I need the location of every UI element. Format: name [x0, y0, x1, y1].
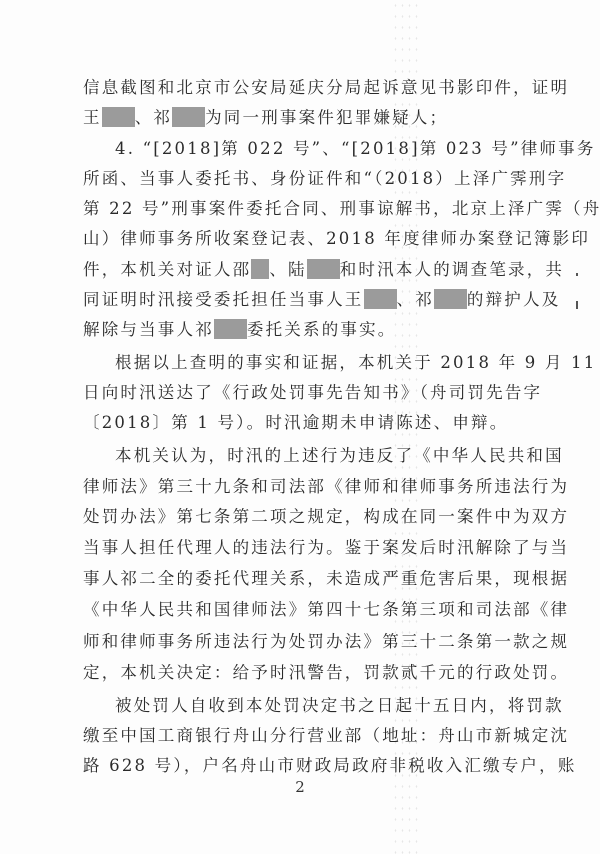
text-segment: 山）律师事务所收案登记表、2018 年度律师办案登记簿影印 [83, 229, 590, 248]
text-line: 师和律师事务所违法行为处罚办法》第三十二条第一款之规 [83, 630, 519, 654]
redaction-box [102, 107, 135, 127]
text-line: 定，本机关决定：给予时汛警告，罚款贰千元的行政处罚。 [83, 661, 519, 685]
text-line: 4. “[2018]第 022 号”、“[2018]第 023 号”律师事务 [115, 137, 519, 161]
text-line: 缴至中国工商银行舟山分行营业部（地址：舟山市新城定沈 [83, 724, 519, 748]
text-line: 路 628 号），户名舟山市财政局政府非税收入汇缴专户，账 [83, 754, 519, 778]
text-segment: 、祁 [135, 108, 172, 127]
text-segment: 事人祁二全的委托代理关系，未造成严重危害后果，现根据 [83, 569, 569, 588]
redaction-box [251, 259, 269, 279]
text-line: 处罚办法》第七条第二项之规定，构成在同一案件中为双方 [83, 505, 519, 529]
text-line: 王、祁为同一刑事案件犯罪嫌疑人； [83, 106, 519, 130]
text-segment: 和时汛本人的调查笔录，共 [340, 260, 564, 279]
text-segment: 为同一刑事案件犯罪嫌疑人； [205, 108, 448, 127]
text-segment: 被处罚人自收到本处罚决定书之日起十五日内，将罚款 [115, 696, 564, 715]
text-line: 《中华人民共和国律师法》第四十七条第三项和司法部《律 [83, 598, 519, 622]
text-segment: 缴至中国工商银行舟山分行营业部（地址：舟山市新城定沈 [83, 726, 569, 745]
text-segment: 律师法》第三十九条和司法部《律师和律师事务所违法行为 [83, 477, 569, 496]
text-segment: 解除与当事人祁 [83, 320, 214, 339]
text-segment: 件，本机关对证人邵 [83, 260, 251, 279]
text-segment: 日向时汛送达了《行政处罚事先告知书》（舟司罚先告字 [83, 383, 542, 402]
scan-mark [576, 273, 578, 276]
text-line: 山）律师事务所收案登记表、2018 年度律师办案登记簿影印 [83, 227, 519, 251]
text-segment: 所函、当事人委托书、身份证件和“（2018）上泽广霁刑字 [83, 169, 566, 188]
text-line: 同证明时汛接受委托担任当事人王、祁的辩护人及 [83, 288, 519, 312]
document-page: 信息截图和北京市公安局延庆分局起诉意见书影印件，证明王、祁为同一刑事案件犯罪嫌疑… [0, 0, 600, 854]
text-segment: 路 628 号），户名舟山市财政局政府非税收入汇缴专户，账 [83, 756, 577, 775]
scan-mark [576, 301, 578, 309]
redaction-box [172, 107, 205, 127]
text-segment: 〔2018〕第 1 号）。时汛逾期未申请陈述、申辩。 [83, 413, 508, 432]
text-line: 事人祁二全的委托代理关系，未造成严重危害后果，现根据 [83, 567, 519, 591]
text-segment: 师和律师事务所违法行为处罚办法》第三十二条第一款之规 [83, 632, 569, 651]
text-line: 律师法》第三十九条和司法部《律师和律师事务所违法行为 [83, 475, 519, 499]
text-line: 根据以上查明的事实和证据，本机关于 2018 年 9 月 11 [115, 351, 519, 375]
text-line: 解除与当事人祁委托关系的事实。 [83, 318, 519, 342]
text-line: 本机关认为，时汛的上述行为违反了《中华人民共和国 [115, 444, 519, 468]
redaction-box [364, 289, 397, 309]
text-line: 当事人担任代理人的违法行为。鉴于案发后时汛解除了与当 [83, 536, 519, 560]
text-line: 第 22 号”刑事案件委托合同、刑事谅解书，北京上泽广霁（舟 [83, 197, 519, 221]
text-line: 件，本机关对证人邵、陆和时汛本人的调查笔录，共 [83, 258, 519, 282]
text-line: 日向时汛送达了《行政处罚事先告知书》（舟司罚先告字 [83, 381, 519, 405]
text-segment: 定，本机关决定：给予时汛警告，罚款贰千元的行政处罚。 [83, 663, 569, 682]
text-segment: 王 [83, 108, 102, 127]
text-segment: 《中华人民共和国律师法》第四十七条第三项和司法部《律 [83, 600, 569, 619]
redaction-box [307, 259, 340, 279]
text-line: 所函、当事人委托书、身份证件和“（2018）上泽广霁刑字 [83, 167, 519, 191]
text-segment: 、陆 [269, 260, 306, 279]
redaction-box [434, 289, 467, 309]
text-line: 信息截图和北京市公安局延庆分局起诉意见书影印件，证明 [83, 76, 519, 100]
text-segment: 、祁 [397, 290, 434, 309]
text-line: 〔2018〕第 1 号）。时汛逾期未申请陈述、申辩。 [83, 411, 519, 435]
page-number: 2 [0, 778, 600, 796]
text-segment: 当事人担任代理人的违法行为。鉴于案发后时汛解除了与当 [83, 538, 569, 557]
text-line: 被处罚人自收到本处罚决定书之日起十五日内，将罚款 [115, 694, 519, 718]
text-segment: 信息截图和北京市公安局延庆分局起诉意见书影印件，证明 [83, 78, 569, 97]
text-segment: 根据以上查明的事实和证据，本机关于 2018 年 9 月 11 [115, 353, 596, 372]
text-segment: 的辩护人及 [467, 290, 561, 309]
text-segment: 本机关认为，时汛的上述行为违反了《中华人民共和国 [115, 446, 564, 465]
text-segment: 委托关系的事实。 [247, 320, 397, 339]
text-segment: 处罚办法》第七条第二项之规定，构成在同一案件中为双方 [83, 507, 569, 526]
redaction-box [214, 319, 247, 339]
text-segment: 同证明时汛接受委托担任当事人王 [83, 290, 364, 309]
text-segment: 4. “[2018]第 022 号”、“[2018]第 023 号”律师事务 [115, 139, 596, 158]
text-segment: 第 22 号”刑事案件委托合同、刑事谅解书，北京上泽广霁（舟 [83, 199, 600, 218]
